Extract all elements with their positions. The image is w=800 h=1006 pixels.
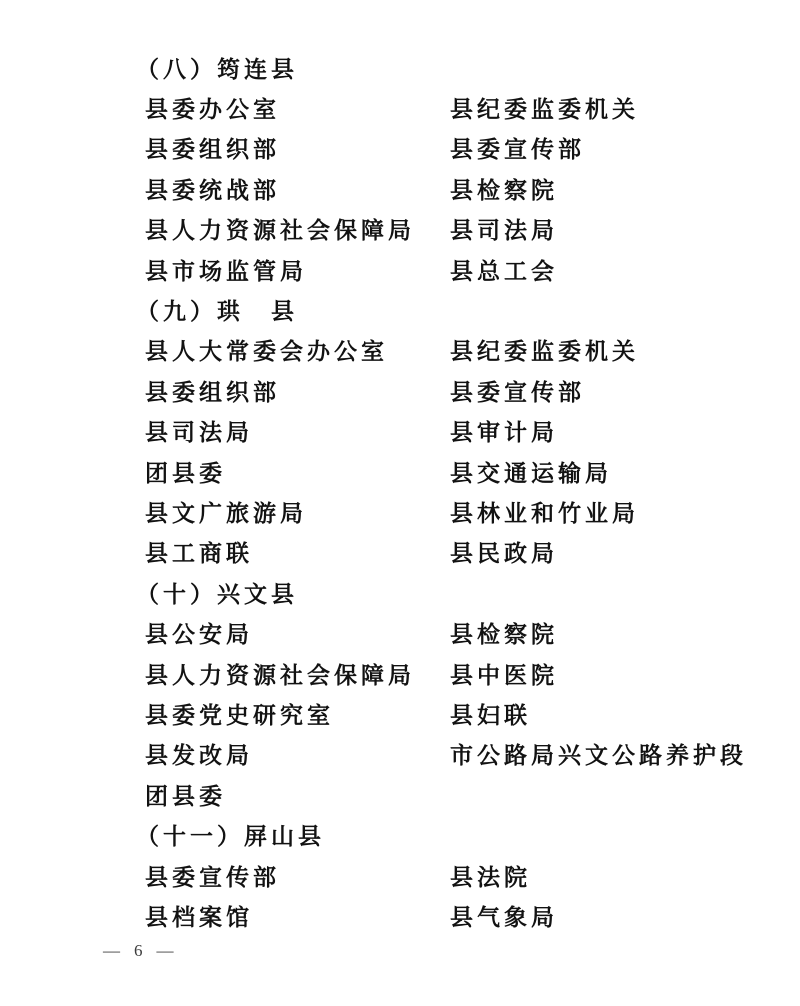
- org-name: 县发改局: [145, 737, 450, 770]
- org-name: 县委组织部: [145, 374, 450, 407]
- section-heading: （十一）屏山县: [136, 814, 770, 854]
- org-name: 县林业和竹业局: [450, 495, 770, 528]
- org-name: 县文广旅游局: [145, 495, 450, 528]
- org-row: 县委组织部 县委宣传部: [145, 128, 770, 168]
- org-row: 县委组织部 县委宣传部: [145, 370, 770, 410]
- org-name: 县档案馆: [145, 899, 450, 932]
- org-name: 县公安局: [145, 616, 450, 649]
- org-row: 县人力资源社会保障局 县司法局: [145, 209, 770, 249]
- org-name: 县委办公室: [145, 91, 450, 124]
- org-name: 县司法局: [450, 212, 770, 245]
- org-name: 县委宣传部: [145, 859, 450, 892]
- org-name: 县人力资源社会保障局: [145, 657, 450, 690]
- org-name: 县委宣传部: [450, 131, 770, 164]
- org-name: 县委组织部: [145, 131, 450, 164]
- section-heading: （十）兴文县: [136, 572, 770, 612]
- org-name: 县中医院: [450, 657, 770, 690]
- org-name: 县妇联: [450, 697, 770, 730]
- org-row: 县公安局 县检察院: [145, 612, 770, 652]
- org-row: 县委宣传部 县法院: [145, 855, 770, 895]
- org-row: 县人力资源社会保障局 县中医院: [145, 653, 770, 693]
- org-row: 县档案馆 县气象局: [145, 895, 770, 935]
- footer-dash-right: —: [157, 941, 174, 961]
- org-name: 县交通运输局: [450, 455, 770, 488]
- org-row: 县委办公室 县纪委监委机关: [145, 87, 770, 127]
- org-row: 县委统战部 县检察院: [145, 168, 770, 208]
- org-name: 县市场监管局: [145, 253, 450, 286]
- org-name: 县法院: [450, 859, 770, 892]
- org-name: 团县委: [145, 455, 450, 488]
- footer-dash-left: —: [103, 941, 120, 961]
- org-name: 县工商联: [145, 535, 450, 568]
- page-number: 6: [134, 941, 143, 961]
- org-name: 市公路局兴文公路养护段: [450, 737, 770, 770]
- org-row: 县市场监管局 县总工会: [145, 249, 770, 289]
- org-row: 县委党史研究室 县妇联: [145, 693, 770, 733]
- org-name: 县委党史研究室: [145, 697, 450, 730]
- page-number-footer: — 6 —: [103, 941, 174, 961]
- org-row: 县文广旅游局 县林业和竹业局: [145, 491, 770, 531]
- org-name: 县审计局: [450, 414, 770, 447]
- org-row: 县工商联 县民政局: [145, 532, 770, 572]
- org-name: 县纪委监委机关: [450, 91, 770, 124]
- org-name: 县委宣传部: [450, 374, 770, 407]
- org-name: 县委统战部: [145, 172, 450, 205]
- document-page: （八）筠连县 县委办公室 县纪委监委机关 县委组织部 县委宣传部 县委统战部 县…: [0, 0, 800, 1006]
- document-content: （八）筠连县 县委办公室 县纪委监委机关 县委组织部 县委宣传部 县委统战部 县…: [145, 47, 770, 936]
- org-name: 县纪委监委机关: [450, 333, 770, 366]
- org-row: 县发改局 市公路局兴文公路养护段: [145, 734, 770, 774]
- section-heading: （八）筠连县: [136, 47, 770, 87]
- org-name: 县民政局: [450, 535, 770, 568]
- org-name: 县检察院: [450, 616, 770, 649]
- org-row: 团县委 县交通运输局: [145, 451, 770, 491]
- org-name: 县人力资源社会保障局: [145, 212, 450, 245]
- section-heading: （九）珙 县: [136, 289, 770, 329]
- org-name: 县气象局: [450, 899, 770, 932]
- org-name: 县人大常委会办公室: [145, 333, 450, 366]
- org-row: 县司法局 县审计局: [145, 411, 770, 451]
- org-row: 团县委: [145, 774, 770, 814]
- org-name: 团县委: [145, 778, 450, 811]
- org-name: 县司法局: [145, 414, 450, 447]
- org-row: 县人大常委会办公室 县纪委监委机关: [145, 330, 770, 370]
- org-name: 县总工会: [450, 253, 770, 286]
- org-name: 县检察院: [450, 172, 770, 205]
